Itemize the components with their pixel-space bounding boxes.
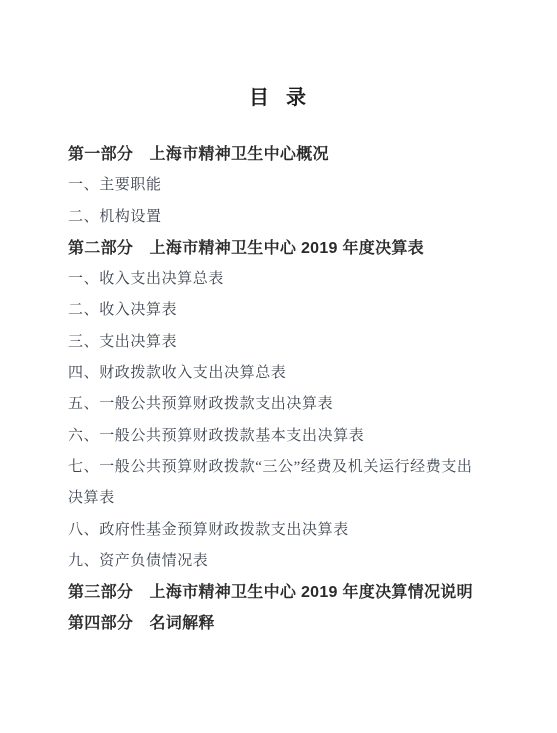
toc-item-fiscal-appropriation-summary: 四、财政拨款收入支出决算总表 [68, 358, 493, 389]
toc-item-org-structure: 二、机构设置 [68, 202, 493, 233]
toc-item-three-public-funds-wrap: 决算表 [68, 483, 493, 514]
toc-item-income-table: 二、收入决算表 [68, 295, 493, 326]
toc-item-three-public-funds: 七、一般公共预算财政拨款“三公”经费及机关运行经费支出 [68, 452, 493, 483]
toc-item-income-expense-summary: 一、收入支出决算总表 [68, 264, 493, 295]
toc-item-gov-fund-budget: 八、政府性基金预算财政拨款支出决算表 [68, 515, 493, 546]
toc-item-main-duties: 一、主要职能 [68, 170, 493, 201]
toc-heading-part1: 第一部分 上海市精神卫生中心概况 [68, 139, 493, 170]
toc-item-assets-liabilities: 九、资产负债情况表 [68, 546, 493, 577]
toc-item-general-budget-expense: 五、一般公共预算财政拨款支出决算表 [68, 389, 493, 420]
toc-item-general-budget-basic-expense: 六、一般公共预算财政拨款基本支出决算表 [68, 421, 493, 452]
toc-list: 第一部分 上海市精神卫生中心概况 一、主要职能 二、机构设置 第二部分 上海市精… [68, 139, 493, 640]
toc-heading-part4: 第四部分 名词解释 [68, 608, 493, 639]
page-title: 目 录 [0, 86, 557, 110]
document-page: 目 录 第一部分 上海市精神卫生中心概况 一、主要职能 二、机构设置 第二部分 … [0, 0, 557, 733]
toc-item-expense-table: 三、支出决算表 [68, 327, 493, 358]
toc-heading-part3: 第三部分 上海市精神卫生中心 2019 年度决算情况说明 [68, 577, 493, 608]
toc-heading-part2: 第二部分 上海市精神卫生中心 2019 年度决算表 [68, 233, 493, 264]
